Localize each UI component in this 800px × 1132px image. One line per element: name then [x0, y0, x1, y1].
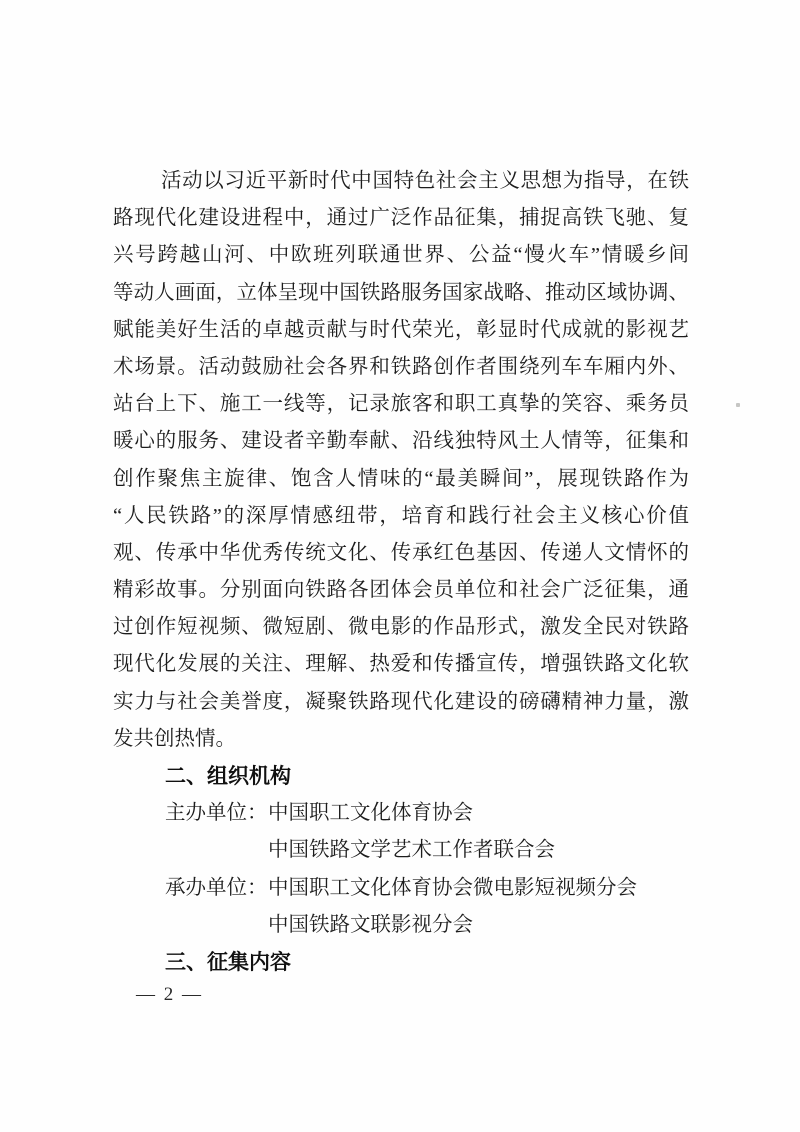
- page-number: — 2 —: [136, 984, 203, 1006]
- scan-artifact-speck: [736, 403, 740, 407]
- organization-block: 主办单位：中国职工文化体育协会 中国铁路文学艺术工作者联合会 承办单位：中国职工…: [113, 795, 689, 944]
- org-role-label: 承办单位：: [165, 870, 268, 907]
- section-heading-organization: 二、组织机构: [113, 758, 689, 795]
- paragraph-line: 过创作短视频、微短剧、微电影的作品形式，激发全民对铁路: [113, 609, 689, 646]
- paragraph-line: 精彩故事。分别面向铁路各团体会员单位和社会广泛征集，通: [113, 572, 689, 609]
- paragraph-line: “人民铁路”的深厚情感纽带，培育和践行社会主义核心价值: [113, 498, 689, 535]
- paragraph-line: 路现代化建设进程中，通过广泛作品征集，捕捉高铁飞驰、复: [113, 200, 689, 237]
- org-name: 中国铁路文学艺术工作者联合会: [268, 839, 555, 861]
- org-line-organizer: 承办单位：中国职工文化体育协会微电影短视频分会: [113, 870, 689, 907]
- org-name: 中国职工文化体育协会: [268, 802, 473, 824]
- org-line-host: 主办单位：中国职工文化体育协会: [113, 795, 689, 832]
- document-body: 活动以习近平新时代中国特色社会主义思想为指导，在铁 路现代化建设进程中，通过广泛…: [113, 163, 689, 981]
- paragraph-line: 观、传承中华优秀传统文化、传承红色基因、传递人文情怀的: [113, 535, 689, 572]
- paragraph-line: 赋能美好生活的卓越贡献与时代荣光，彰显时代成就的影视艺: [113, 312, 689, 349]
- org-role-label: 主办单位：: [165, 795, 268, 832]
- paragraph-intro: 活动以习近平新时代中国特色社会主义思想为指导，在铁 路现代化建设进程中，通过广泛…: [113, 163, 689, 758]
- paragraph-line: 活动以习近平新时代中国特色社会主义思想为指导，在铁: [113, 163, 689, 200]
- paragraph-line: 现代化发展的关注、理解、热爱和传播宣传，增强铁路文化软: [113, 646, 689, 683]
- document-page: 活动以习近平新时代中国特色社会主义思想为指导，在铁 路现代化建设进程中，通过广泛…: [0, 0, 800, 1132]
- paragraph-line: 创作聚焦主旋律、饱含人情味的“最美瞬间”，展现铁路作为: [113, 461, 689, 498]
- paragraph-line: 等动人画面，立体呈现中国铁路服务国家战略、推动区域协调、: [113, 275, 689, 312]
- paragraph-line: 兴号跨越山河、中欧班列联通世界、公益“慢火车”情暖乡间: [113, 237, 689, 274]
- paragraph-line: 暖心的服务、建设者辛勤奉献、沿线独特风土人情等，征集和: [113, 423, 689, 460]
- paragraph-line: 站台上下、施工一线等，记录旅客和职工真挚的笑容、乘务员: [113, 386, 689, 423]
- paragraph-line: 实力与社会美誉度，凝聚铁路现代化建设的磅礴精神力量，激: [113, 684, 689, 721]
- org-name: 中国铁路文联影视分会: [268, 914, 473, 936]
- org-line-organizer-cont: 中国铁路文联影视分会: [113, 907, 689, 944]
- org-name: 中国职工文化体育协会微电影短视频分会: [268, 877, 637, 899]
- section-heading-collection-content: 三、征集内容: [113, 944, 689, 981]
- paragraph-line: 发共创热情。: [113, 721, 689, 758]
- org-line-host-cont: 中国铁路文学艺术工作者联合会: [113, 832, 689, 869]
- paragraph-line: 术场景。活动鼓励社会各界和铁路创作者围绕列车车厢内外、: [113, 349, 689, 386]
